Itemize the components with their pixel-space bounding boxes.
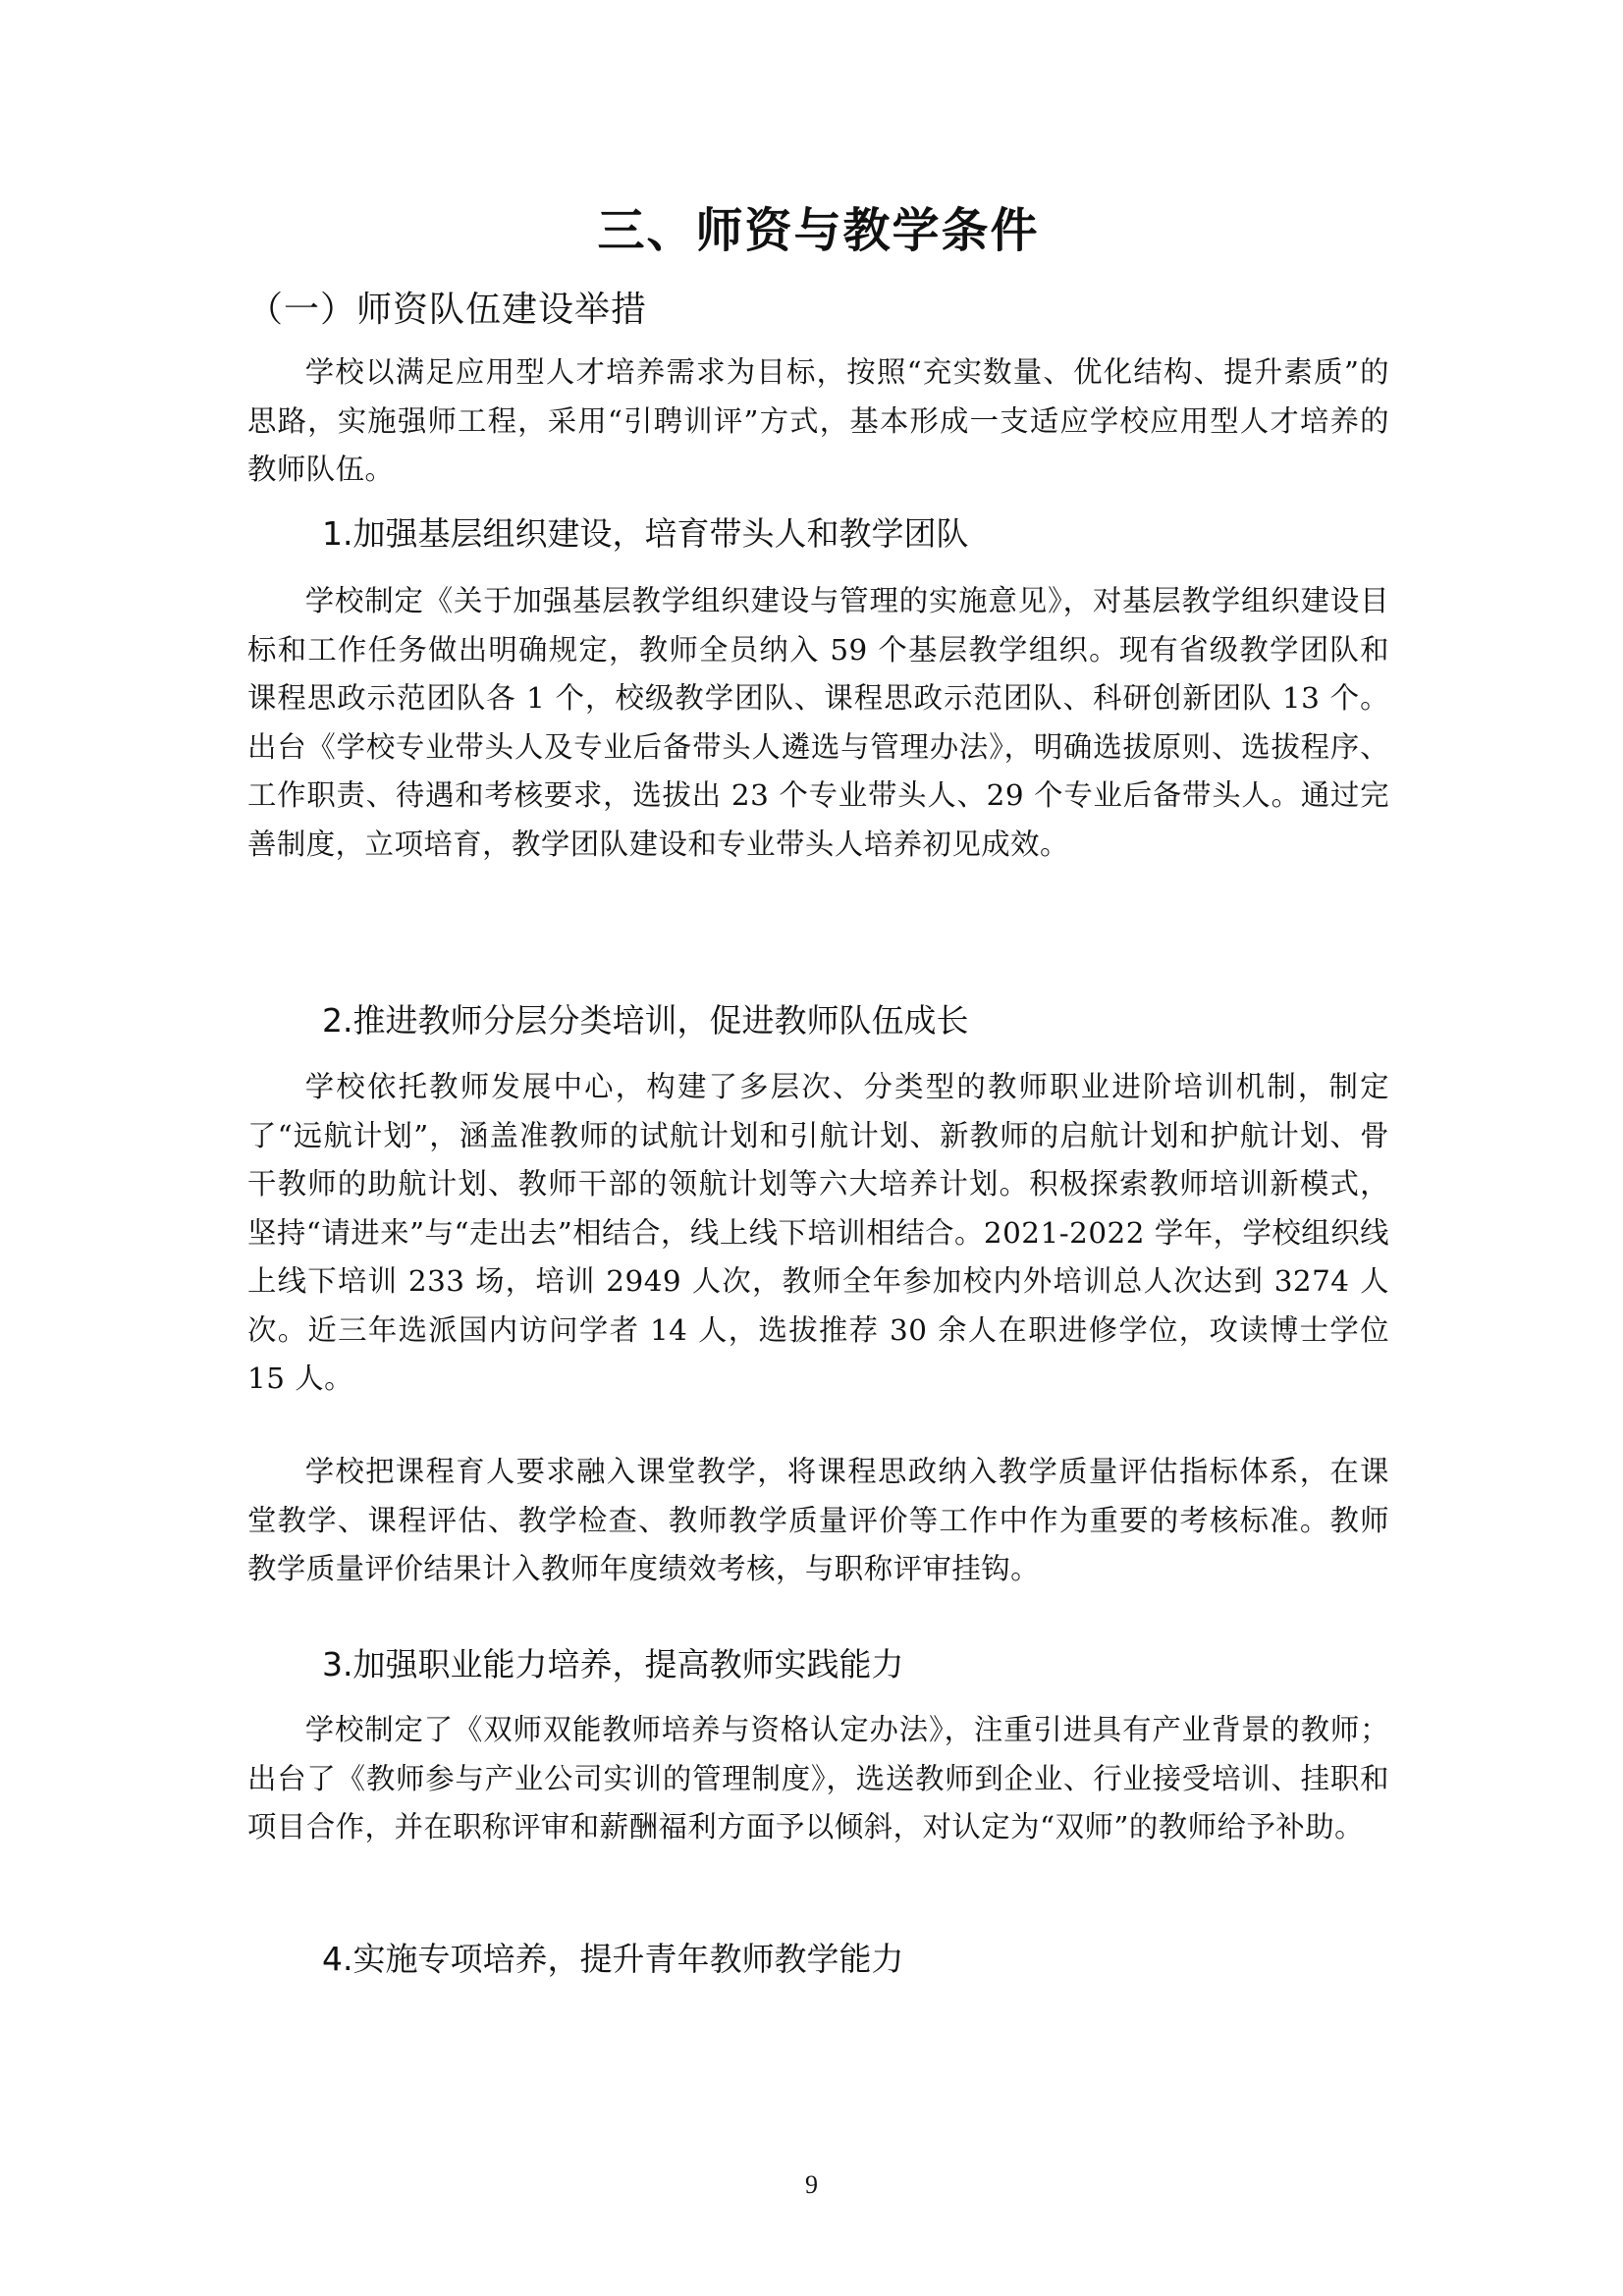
page-number: 9 [0, 2169, 1623, 2201]
intro-paragraph: 学校以满足应用型人才培养需求为目标，按照“充实数量、优化结构、提升素质”的思路，… [247, 348, 1389, 495]
subsection-3-paragraph-1: 学校制定了《双师双能教师培养与资格认定办法》，注重引进具有产业背景的教师；出台了… [247, 1706, 1389, 1852]
subsection-1-paragraph-1: 学校制定《关于加强基层教学组织建设与管理的实施意见》，对基层教学组织建设目标和工… [247, 577, 1389, 869]
subsection-2-paragraph-2: 学校把课程育人要求融入课堂教学，将课程思政纳入教学质量评估指标体系，在课堂教学、… [247, 1448, 1389, 1594]
subsection-heading-1: 1.加强基层组织建设，培育带头人和教学团队 [322, 510, 969, 558]
subsection-heading-2: 2.推进教师分层分类培训，促进教师队伍成长 [322, 997, 969, 1044]
subsection-2-paragraph-1: 学校依托教师发展中心，构建了多层次、分类型的教师职业进阶培训机制，制定了“远航计… [247, 1063, 1389, 1404]
subsection-heading-3: 3.加强职业能力培养，提高教师实践能力 [322, 1641, 904, 1688]
section-heading: （一）师资队伍建设举措 [247, 285, 647, 336]
subsection-heading-4: 4.实施专项培养，提升青年教师教学能力 [322, 1936, 904, 1983]
chapter-title: 三、师资与教学条件 [247, 199, 1389, 262]
